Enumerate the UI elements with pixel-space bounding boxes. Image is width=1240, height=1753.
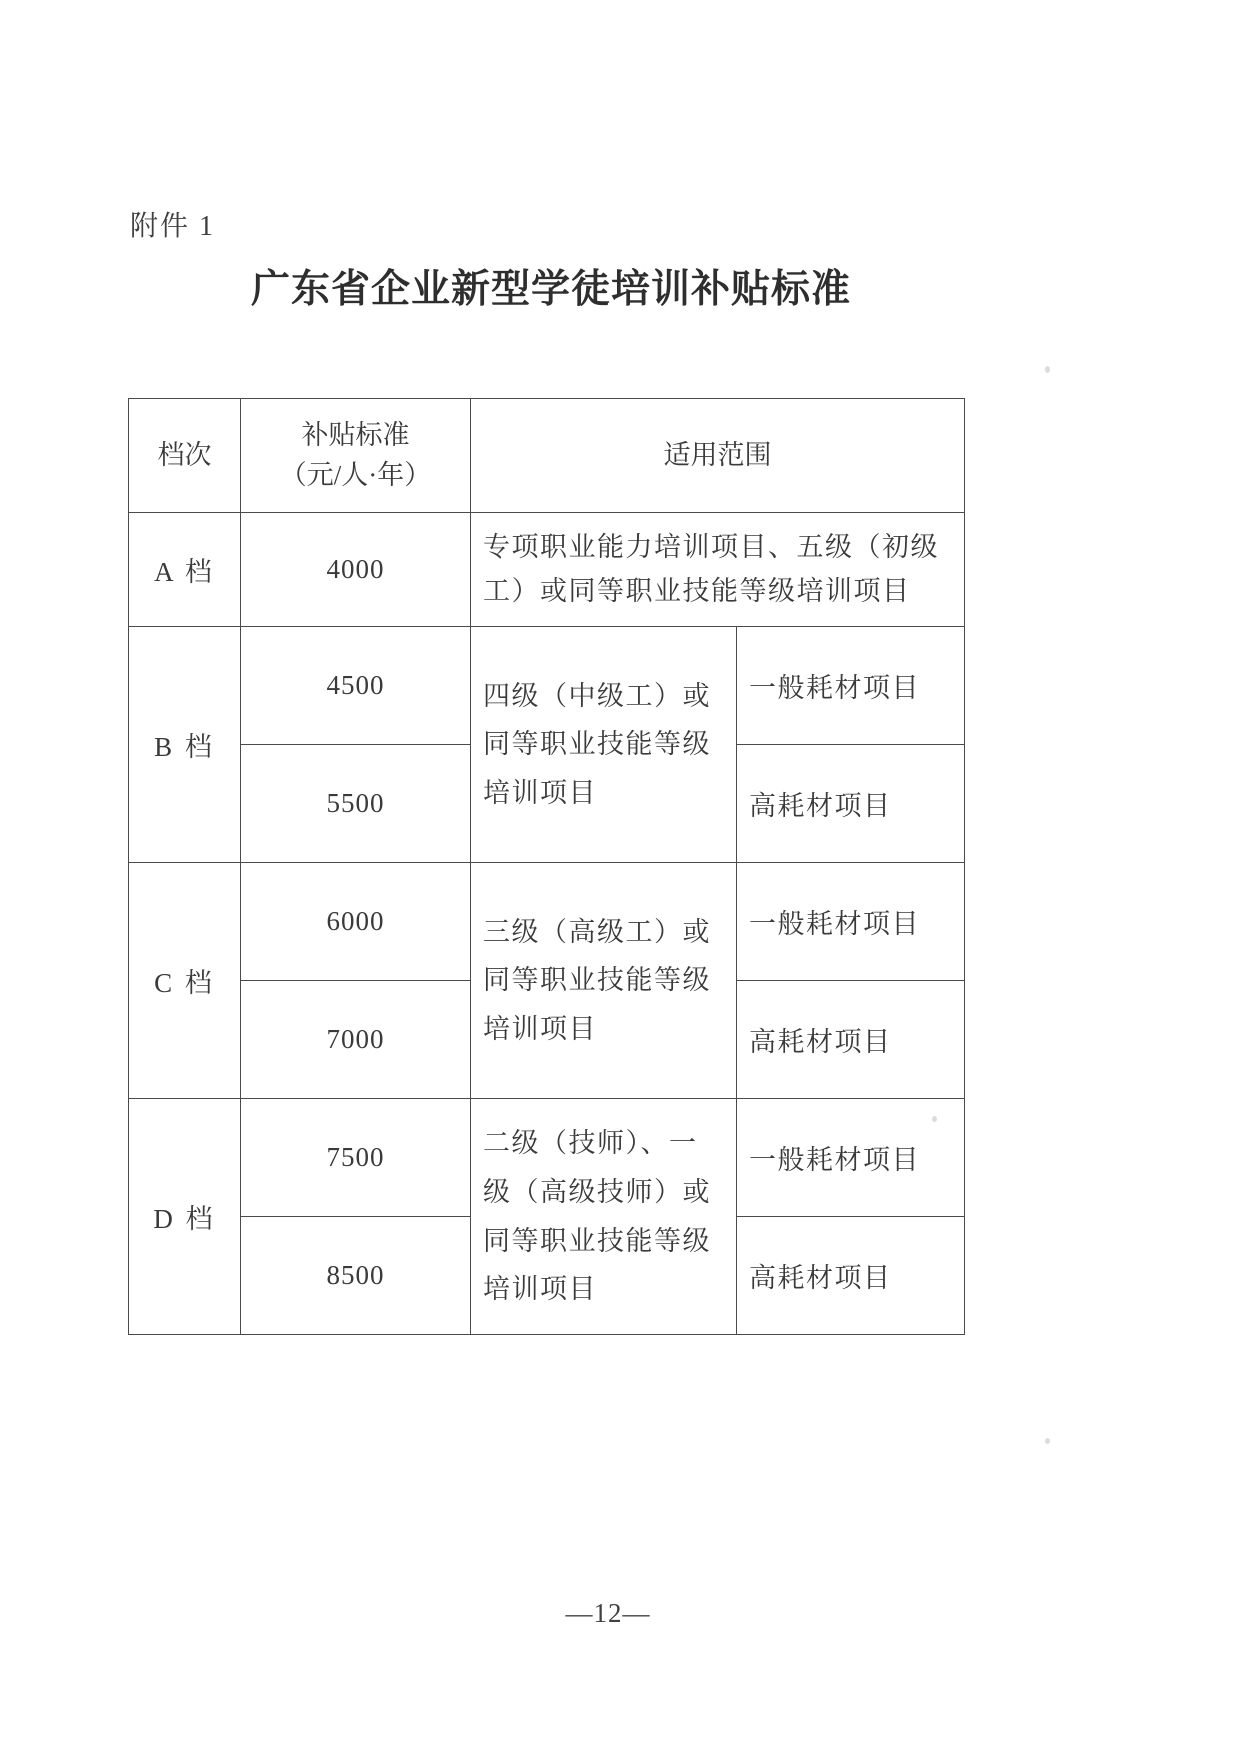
- grade-cell: A 档: [129, 513, 241, 627]
- grade-cell: B 档: [129, 627, 241, 863]
- scan-speck: [932, 1116, 937, 1122]
- scan-speck: [1045, 366, 1050, 373]
- scope-cell: 专项职业能力培训项目、五级（初级工）或同等职业技能等级培训项目: [471, 513, 965, 627]
- table-header-row: 档次 补贴标准 （元/人·年） 适用范围: [129, 399, 965, 513]
- grade-cell: D 档: [129, 1099, 241, 1335]
- subsidy-cell: 4500: [241, 627, 471, 745]
- header-subsidy: 补贴标准 （元/人·年）: [241, 399, 471, 513]
- header-subsidy-line1: 补贴标准: [302, 420, 410, 450]
- scope-cell: 四级（中级工）或同等职业技能等级培训项目: [471, 627, 737, 863]
- subsidy-cell: 8500: [241, 1217, 471, 1335]
- consumable-cell: 一般耗材项目: [737, 627, 965, 745]
- subsidy-cell: 7000: [241, 981, 471, 1099]
- scan-speck: [1045, 1438, 1050, 1444]
- table-row: C 档 6000 三级（高级工）或同等职业技能等级培训项目 一般耗材项目: [129, 863, 965, 981]
- table-row: A 档 4000 专项职业能力培训项目、五级（初级工）或同等职业技能等级培训项目: [129, 513, 965, 627]
- attachment-label: 附件 1: [130, 204, 215, 244]
- subsidy-table: 档次 补贴标准 （元/人·年） 适用范围 A 档 4000 专项职业能力培训项目…: [128, 398, 965, 1335]
- page-number: —12—: [128, 1598, 1088, 1629]
- consumable-cell: 高耗材项目: [737, 981, 965, 1099]
- subsidy-cell: 6000: [241, 863, 471, 981]
- consumable-cell: 一般耗材项目: [737, 1099, 965, 1217]
- consumable-cell: 一般耗材项目: [737, 863, 965, 981]
- consumable-cell: 高耗材项目: [737, 745, 965, 863]
- title-block: 广东省企业新型学徒培训补贴标准: [128, 258, 974, 314]
- page-title: 广东省企业新型学徒培训补贴标准: [251, 268, 851, 311]
- grade-cell: C 档: [129, 863, 241, 1099]
- scope-cell: 二级（技师）、一级（高级技师）或同等职业技能等级培训项目: [471, 1099, 737, 1335]
- consumable-cell: 高耗材项目: [737, 1217, 965, 1335]
- header-subsidy-line2: （元/人·年）: [280, 460, 432, 490]
- header-grade: 档次: [129, 399, 241, 513]
- header-scope: 适用范围: [471, 399, 965, 513]
- subsidy-table-container: 档次 补贴标准 （元/人·年） 适用范围 A 档 4000 专项职业能力培训项目…: [128, 398, 964, 1335]
- subsidy-cell: 5500: [241, 745, 471, 863]
- scope-cell: 三级（高级工）或同等职业技能等级培训项目: [471, 863, 737, 1099]
- subsidy-cell: 7500: [241, 1099, 471, 1217]
- table-row: D 档 7500 二级（技师）、一级（高级技师）或同等职业技能等级培训项目 一般…: [129, 1099, 965, 1217]
- subsidy-cell: 4000: [241, 513, 471, 627]
- table-row: B 档 4500 四级（中级工）或同等职业技能等级培训项目 一般耗材项目: [129, 627, 965, 745]
